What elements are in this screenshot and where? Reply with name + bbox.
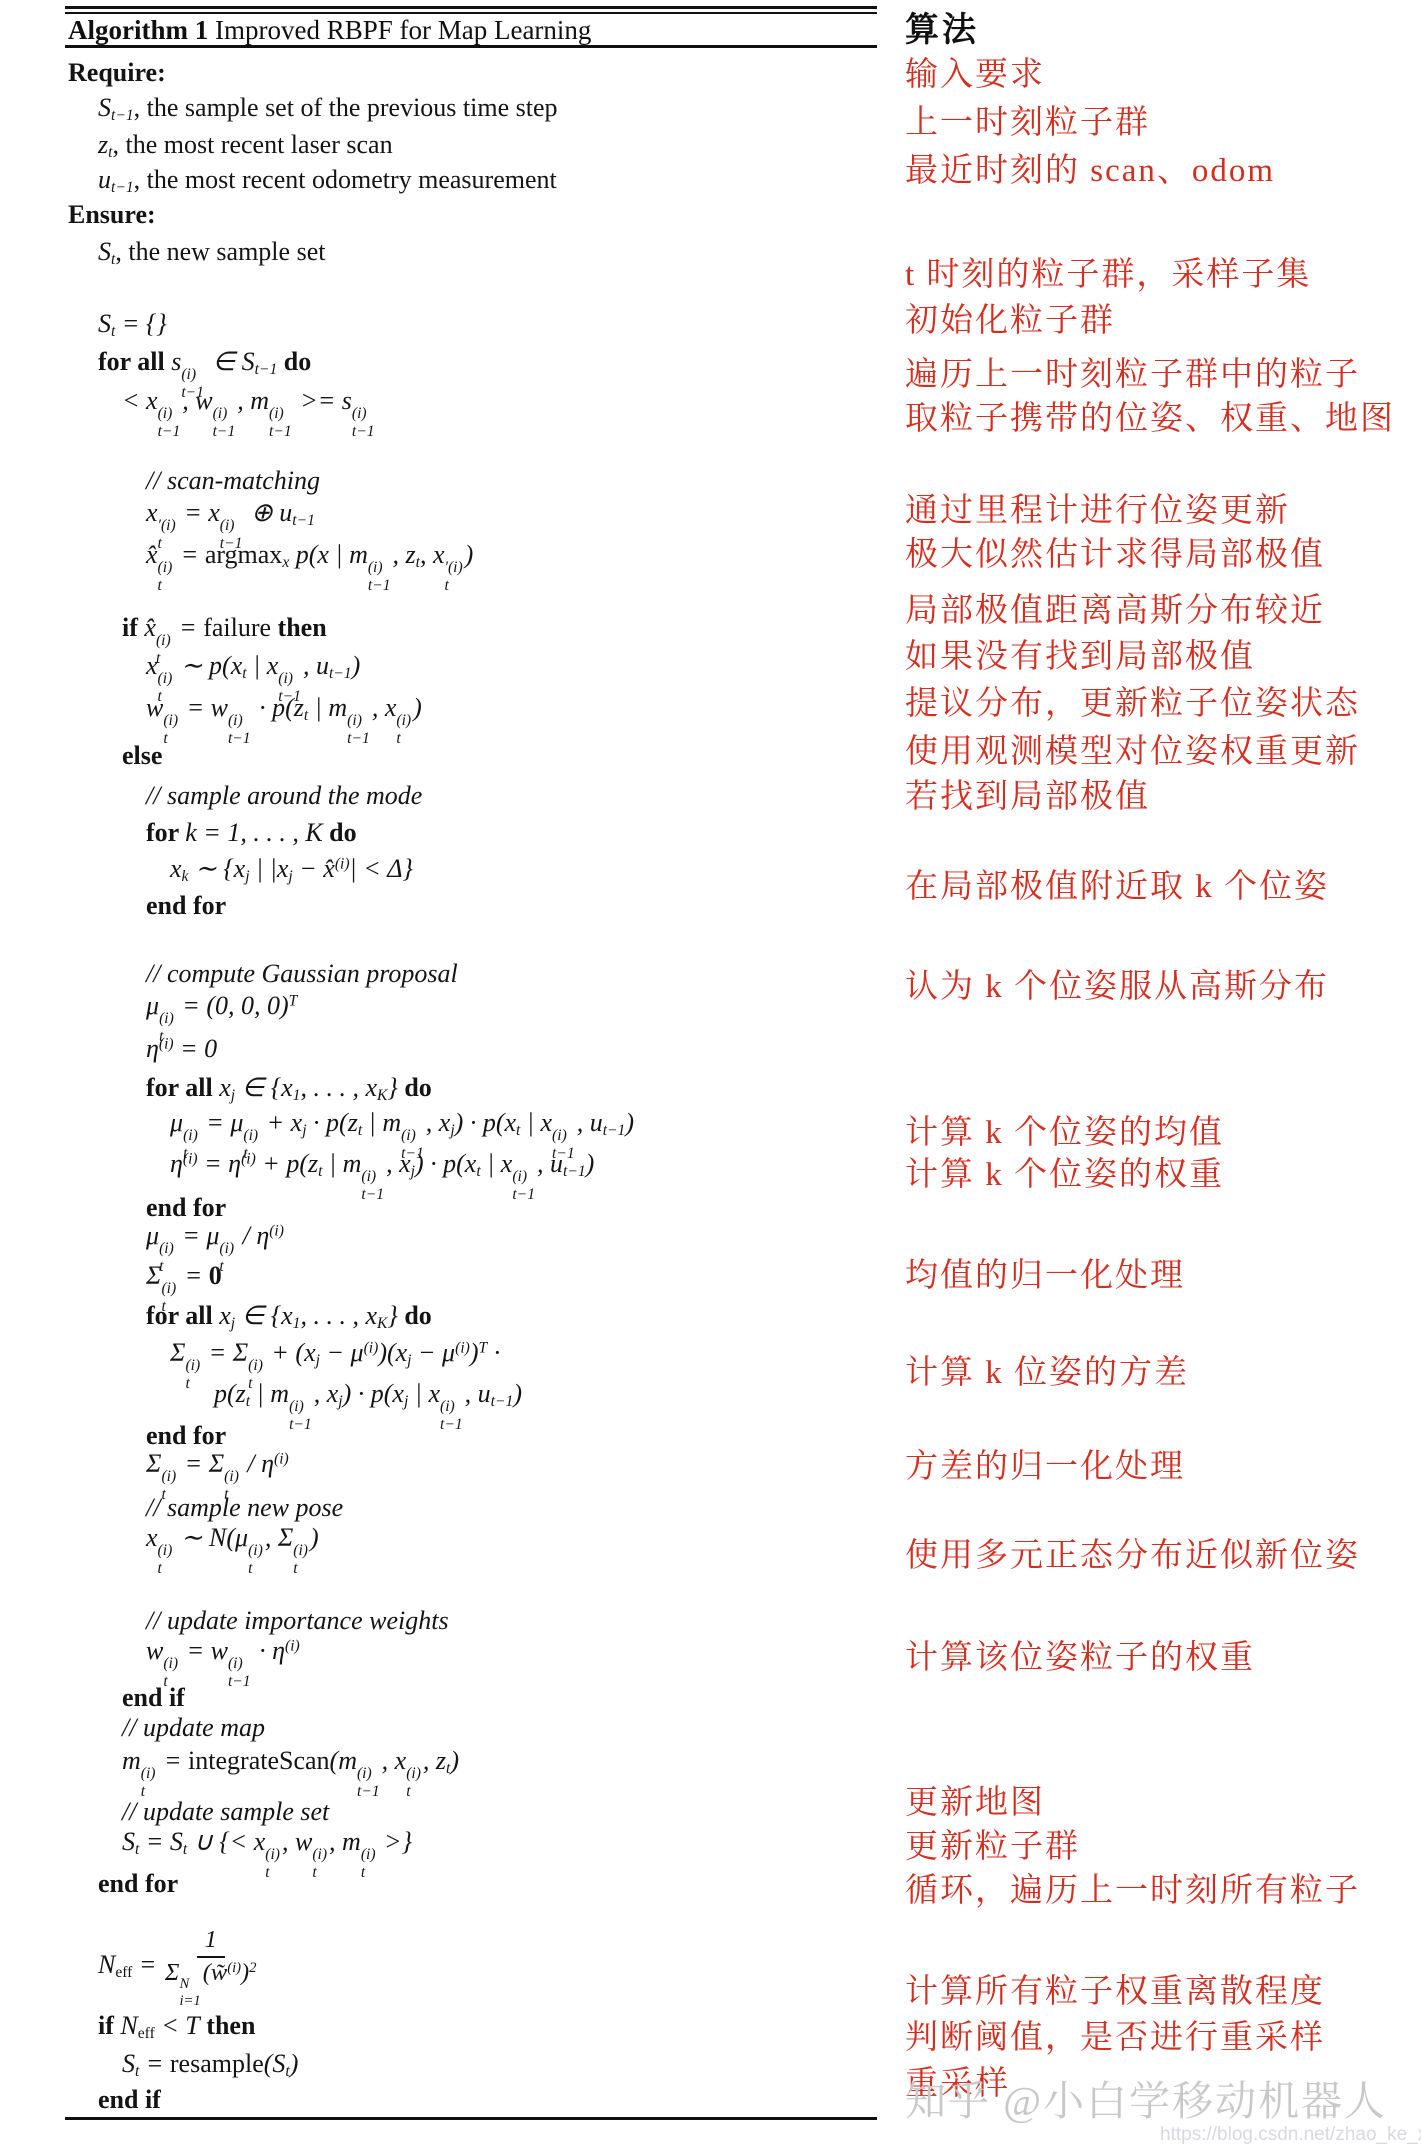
algorithm-title-label: Algorithm 1 [68, 15, 208, 45]
algo-line-19: end for [146, 890, 226, 923]
annotation-line-27: 判断阈值，是否进行重采样 [905, 2011, 1325, 2058]
algo-line-6: St = {} [98, 308, 167, 341]
algo-line-34: // sample new pose [146, 1492, 343, 1525]
annotation-line-2: 最近时刻的 scan、odom [905, 144, 1275, 191]
algo-line-40: m(i)t = integrateScan(m(i)t−1, x(i)t, zt… [122, 1745, 459, 1800]
algo-line-2: zt, the most recent laser scan [98, 129, 393, 162]
algo-line-3: ut−1, the most recent odometry measureme… [98, 164, 557, 197]
algo-line-4: Ensure: [68, 199, 156, 232]
annotation-line-0: 输入要求 [905, 48, 1045, 95]
algo-line-29: for all xj ∈ {x1, . . . , xK} do [146, 1300, 432, 1333]
rule-bottom [65, 2117, 877, 2120]
annotation-line-9: 局部极值距离高斯分布较近 [905, 584, 1325, 631]
annotation-line-4: 初始化粒子群 [905, 294, 1115, 341]
algo-line-35: x(i)t ∼ N(μ(i)t, Σ(i)t) [146, 1522, 319, 1577]
csdn-credit-url: https://blog.csdn.net/zhao_ke_xue [1160, 2124, 1421, 2146]
algo-line-47: end if [98, 2084, 161, 2117]
zhihu-watermark: 知乎 @小白学移动机器人 [905, 2068, 1387, 2127]
algo-line-44: Neff = 1ΣNi=1(w̃(i))2 [98, 1925, 259, 2009]
algo-line-45: if Neff < T then [98, 2010, 255, 2043]
annotation-line-22: 计算该位姿粒子的权重 [905, 1631, 1255, 1678]
annotation-line-7: 通过里程计进行位姿更新 [905, 484, 1290, 531]
annotation-line-26: 计算所有粒子权重离散程度 [905, 1965, 1325, 2012]
algo-line-16: // sample around the mode [146, 780, 422, 813]
annotation-line-16: 计算 k 个位姿的均值 [905, 1106, 1224, 1153]
algo-line-31: p(zt | m(i)t−1, xj) · p(xj | x(i)t−1, ut… [214, 1378, 522, 1433]
annotation-line-8: 极大似然估计求得局部极值 [905, 528, 1325, 575]
annotation-line-15: 认为 k 个位姿服从高斯分布 [905, 960, 1329, 1007]
algo-line-39: // update map [122, 1712, 265, 1745]
annotation-line-10: 如果没有找到局部极值 [905, 630, 1255, 677]
annotation-line-19: 计算 k 位姿的方差 [905, 1346, 1189, 1393]
algo-line-0: Require: [68, 57, 166, 90]
annotation-line-17: 计算 k 个位姿的权重 [905, 1148, 1224, 1195]
algorithm-title-rest: Improved RBPF for Map Learning [208, 15, 591, 45]
algo-line-18: xk ∼ {xj | |xj − x̂(i)| < Δ} [170, 853, 413, 886]
algo-line-46: St = resample(St) [122, 2048, 298, 2081]
annotation-line-25: 循环，遍历上一时刻所有粒子 [905, 1864, 1360, 1911]
rule-top-inner [65, 12, 877, 14]
algo-line-9: // scan-matching [146, 465, 320, 498]
algorithm-document: Algorithm 1 Improved RBPF for Map Learni… [0, 0, 1421, 2156]
annotation-line-11: 提议分布，更新粒子位姿状态 [905, 677, 1360, 724]
annotation-line-3: t 时刻的粒子群，采样子集 [905, 248, 1311, 295]
annotation-line-5: 遍历上一时刻粒子群中的粒子 [905, 348, 1360, 395]
algo-line-36: // update importance weights [146, 1605, 449, 1638]
algorithm-title: Algorithm 1 Improved RBPF for Map Learni… [68, 15, 591, 46]
algo-line-11: x̂(i)t = argmaxx p(x | m(i)t−1, zt, x′(i… [146, 539, 473, 594]
annotation-line-12: 使用观测模型对位姿权重更新 [905, 725, 1360, 772]
annotation-line-23: 更新地图 [905, 1776, 1045, 1823]
algo-line-23: for all xj ∈ {x1, . . . , xK} do [146, 1072, 432, 1105]
annotation-line-18: 均值的归一化处理 [905, 1249, 1185, 1296]
algo-line-14: w(i)t = w(i)t−1 · p(zt | m(i)t−1, x(i)t) [146, 692, 422, 747]
annotation-column-header: 算法 [905, 2, 979, 51]
annotation-line-13: 若找到局部极值 [905, 770, 1150, 817]
annotation-line-21: 使用多元正态分布近似新位姿 [905, 1529, 1360, 1576]
rule-under-title [65, 45, 877, 48]
algo-line-43: end for [98, 1868, 178, 1901]
algo-line-41: // update sample set [122, 1796, 329, 1829]
algo-line-8: < x(i)t−1, w(i)t−1, m(i)t−1 >= s(i)t−1 [122, 385, 377, 440]
annotation-line-1: 上一时刻粒子群 [905, 96, 1150, 143]
algo-line-17: for k = 1, . . . , K do [146, 817, 357, 850]
annotation-line-24: 更新粒子群 [905, 1820, 1080, 1867]
annotation-line-20: 方差的归一化处理 [905, 1440, 1185, 1487]
algo-line-15: else [122, 740, 162, 773]
rule-top-outer [65, 6, 877, 9]
algo-line-38: end if [122, 1682, 185, 1715]
algo-line-5: St, the new sample set [98, 236, 325, 269]
algo-line-1: St−1, the sample set of the previous tim… [98, 92, 558, 125]
annotation-line-14: 在局部极值附近取 k 个位姿 [905, 860, 1329, 907]
annotation-line-6: 取粒子携带的位姿、权重、地图 [905, 392, 1395, 439]
algo-line-25: η(i) = η(i) + p(zt | m(i)t−1, xj) · p(xt… [170, 1148, 594, 1203]
algo-line-20: // compute Gaussian proposal [146, 958, 458, 991]
algo-line-22: η(i) = 0 [146, 1033, 217, 1066]
